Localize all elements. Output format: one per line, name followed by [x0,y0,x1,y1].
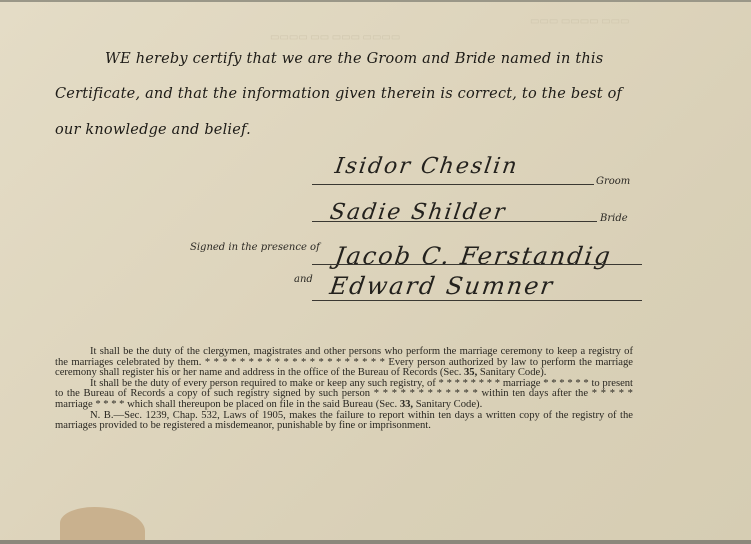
groom-signature: Isidor Cheslin [333,154,520,179]
certificate-page: ▭▭▭ ▭▭▭▭ ▭▭▭ ▭▭▭▭ ▭▭ ▭▭▭ ▭▭▭▭ WE hereby … [0,2,751,540]
fine-print-paragraph-1: It shall be the duty of the clergymen, m… [55,347,633,379]
paper-stain [60,507,145,540]
bleed-through-text: ▭▭▭▭ ▭▭ ▭▭▭ ▭▭▭▭ [270,32,400,43]
witness1-signature-line [312,264,642,265]
witness2-signature: Edward Sumner [328,272,556,300]
groom-signature-line [312,184,594,185]
witness2-signature-line [312,300,642,301]
fine-print-paragraph-3: N. B.—Sec. 1239, Chap. 532, Laws of 1905… [55,411,633,432]
witness-label: Signed in the presence of [190,242,320,253]
fine-print-block: It shall be the duty of the clergymen, m… [55,347,633,432]
certification-line-1: WE hereby certify that we are the Groom … [105,51,705,67]
witness1-signature: Jacob C. Ferstandig [333,242,614,270]
groom-label: Groom [596,176,630,187]
certification-line-2: Certificate, and that the information gi… [55,86,655,102]
scan-bottom-edge [0,540,751,544]
bride-label: Bride [600,213,628,224]
bride-signature-line [312,221,597,222]
fine-print-paragraph-2: It shall be the duty of every person req… [55,379,633,411]
and-label: and [294,274,313,285]
certification-line-3: our knowledge and belief. [55,122,655,138]
bleed-through-text: ▭▭▭ ▭▭▭▭ ▭▭▭ [530,16,629,27]
